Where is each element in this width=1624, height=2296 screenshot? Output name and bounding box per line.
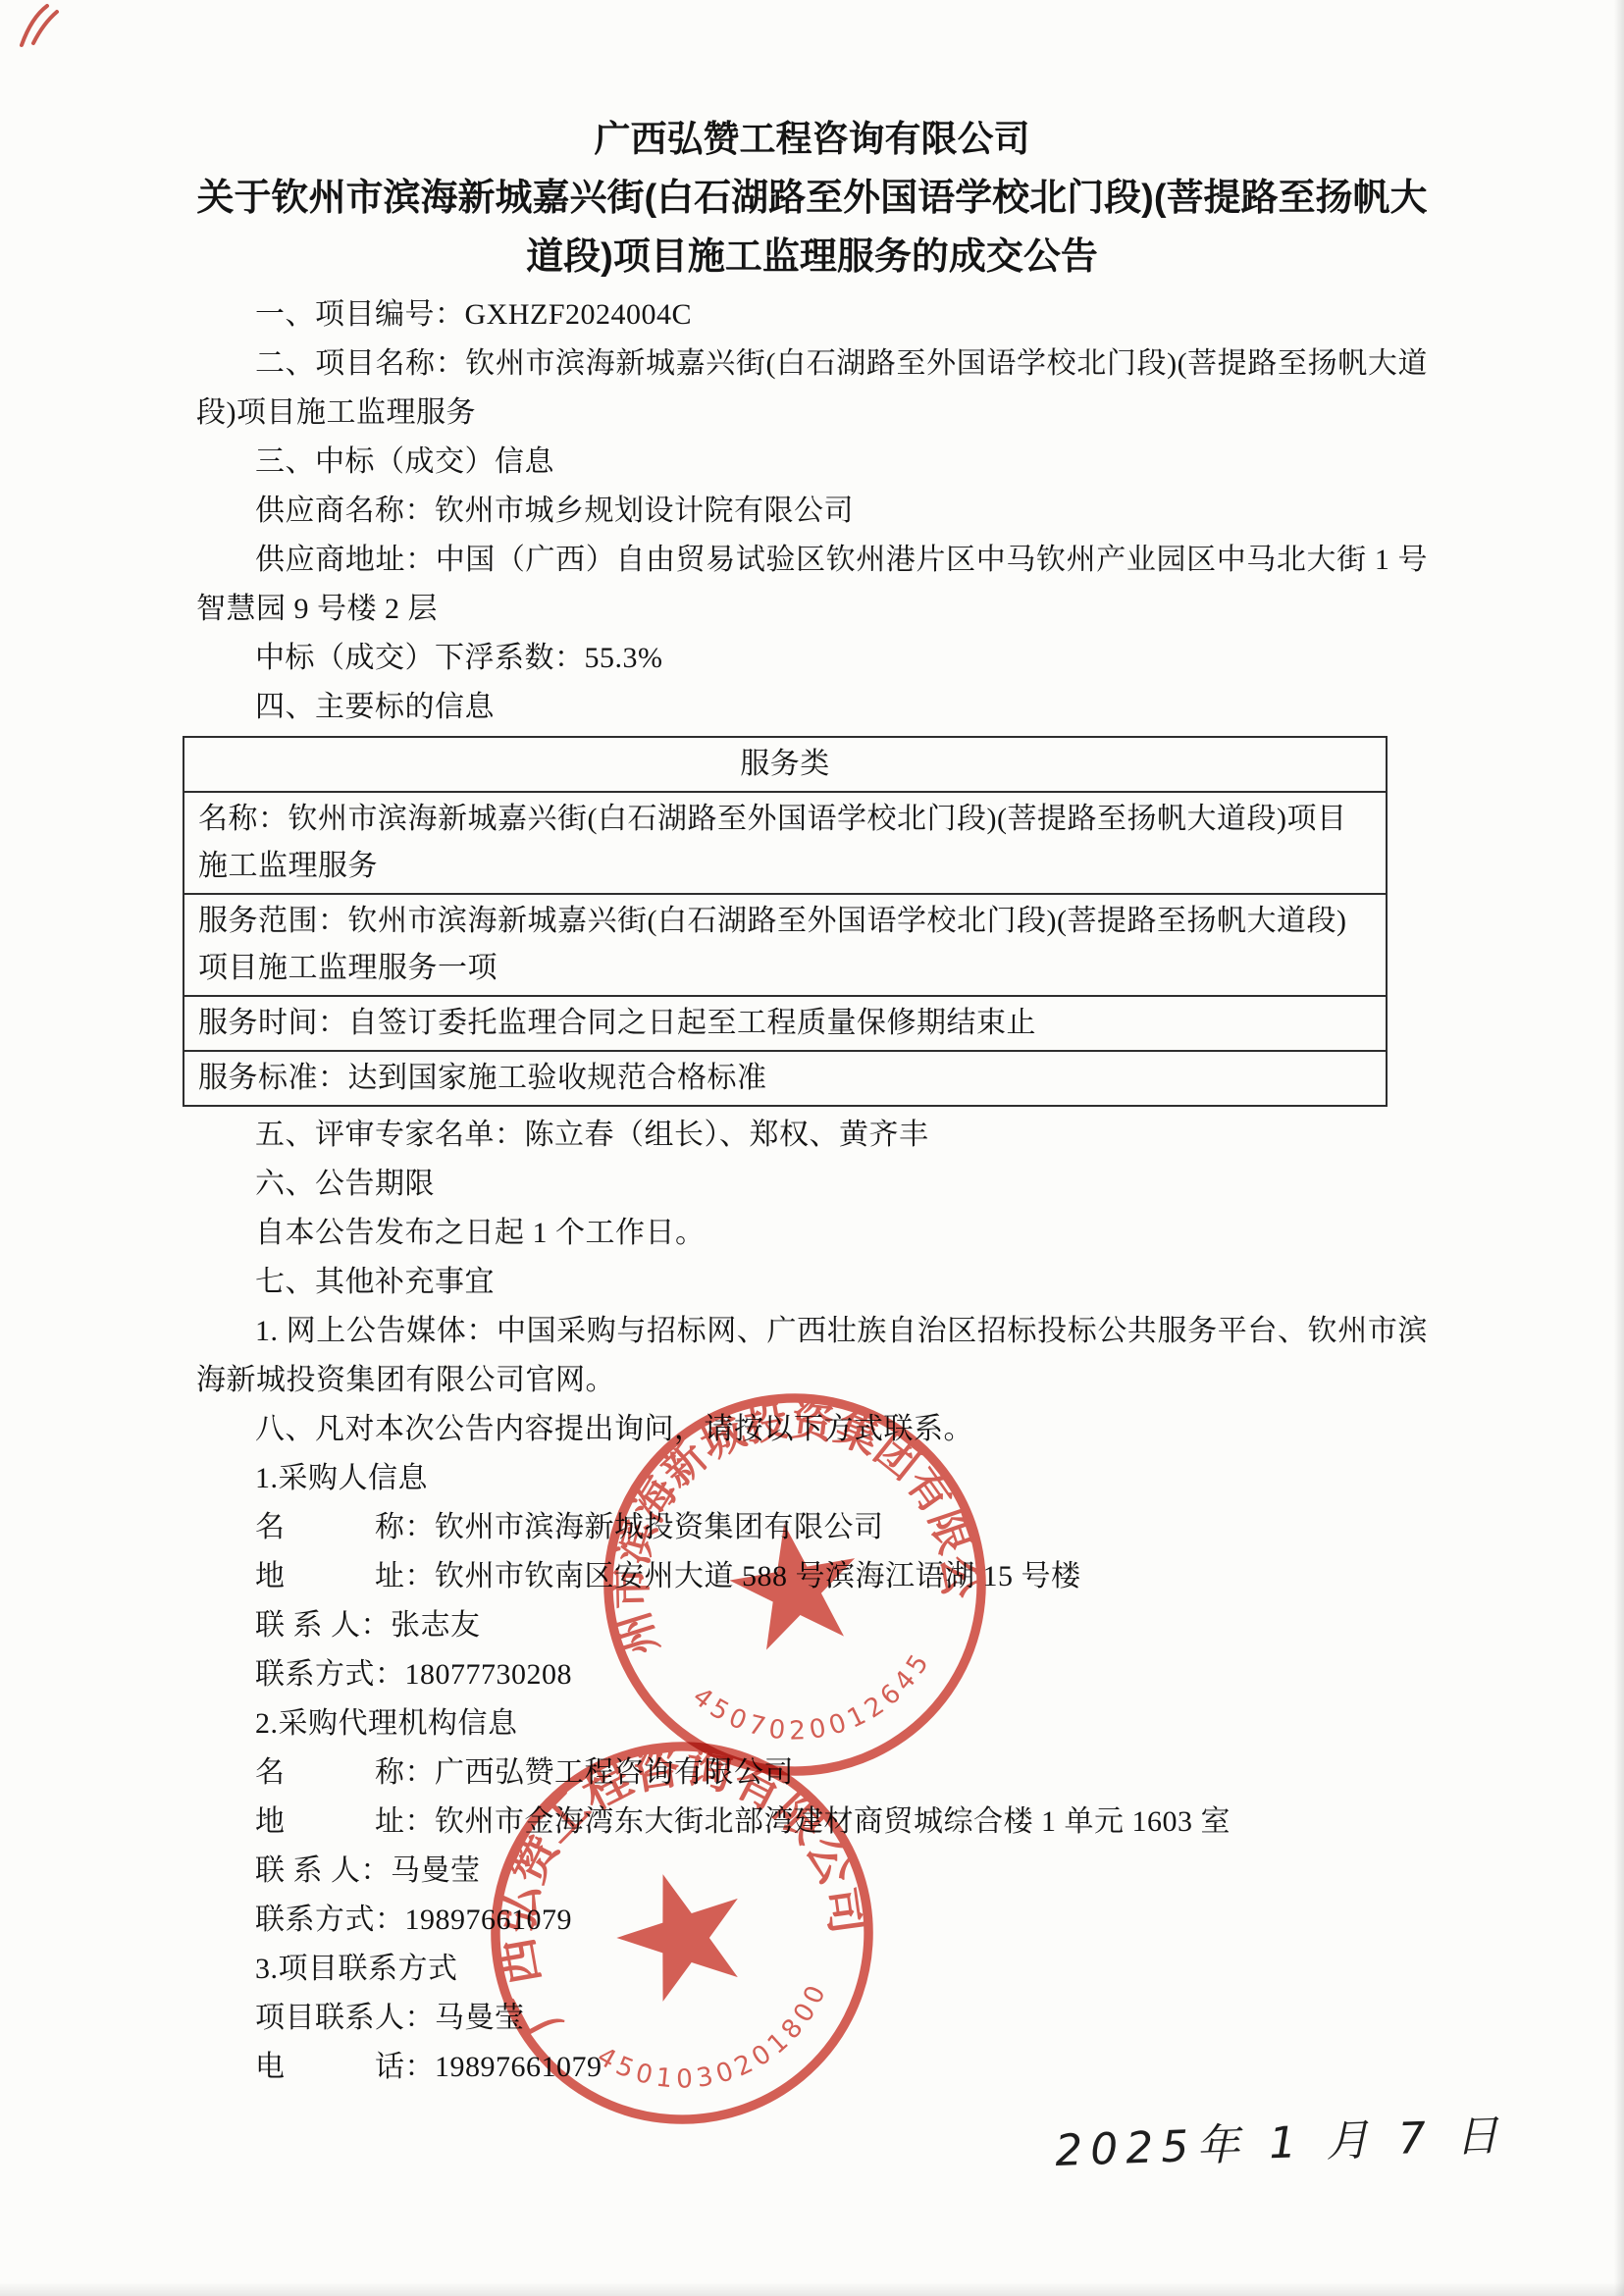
purchaser-phone: 联系方式：18077730208: [196, 1650, 1428, 1699]
purchaser-address: 地 址：钦州市钦南区安州大道 588 号滨海江语湖 15 号楼: [196, 1552, 1428, 1601]
agency-heading: 2.采购代理机构信息: [196, 1699, 1428, 1748]
table-row: 服务标准：达到国家施工验收规范合格标准: [183, 1051, 1387, 1106]
online-media-body: 1. 网上公告媒体：中国采购与招标网、广西壮族自治区招标投标公共服务平台、钦州市…: [196, 1307, 1428, 1405]
main-subject-heading: 四、主要标的信息: [196, 683, 1428, 732]
table-row: 服务时间：自签订委托监理合同之日起至工程质量保修期结束止: [183, 996, 1387, 1051]
project-name: 二、项目名称：钦州市滨海新城嘉兴街(白石湖路至外国语学校北门段)(菩提路至扬帆大…: [196, 339, 1428, 438]
project-number: 一、项目编号：GXHZF2024004C: [196, 290, 1428, 339]
project-phone: 电 话：19897661079: [196, 2043, 1428, 2092]
service-name-cell: 名称：钦州市滨海新城嘉兴街(白石湖路至外国语学校北门段)(菩提路至扬帆大道段)项…: [183, 792, 1387, 894]
discount-coefficient: 中标（成交）下浮系数：55.3%: [196, 634, 1428, 683]
table-header-service-class: 服务类: [183, 737, 1387, 792]
scan-artifact: [14, 0, 82, 49]
table-row: 服务范围：钦州市滨海新城嘉兴街(白石湖路至外国语学校北门段)(菩提路至扬帆大道段…: [183, 894, 1387, 996]
purchaser-contact-person: 联 系 人：张志友: [196, 1601, 1428, 1650]
experts-list: 五、评审专家名单：陈立春（组长）、郑权、黄齐丰: [196, 1111, 1428, 1160]
service-scope-cell: 服务范围：钦州市滨海新城嘉兴街(白石湖路至外国语学校北门段)(菩提路至扬帆大道段…: [183, 894, 1387, 996]
other-matters-heading: 七、其他补充事宜: [196, 1258, 1428, 1307]
handwritten-date: 2025年 1 月 7 日: [1054, 2100, 1507, 2178]
scan-edge-shadow: [1614, 0, 1624, 2296]
supplier-name: 供应商名称：钦州市城乡规划设计院有限公司: [196, 487, 1428, 536]
announcement-title: 关于钦州市滨海新城嘉兴街(白石湖路至外国语学校北门段)(菩提路至扬帆大道段)项目…: [196, 169, 1428, 287]
agency-name: 名 称：广西弘赞工程咨询有限公司: [196, 1748, 1428, 1798]
document-content: 广西弘赞工程咨询有限公司 关于钦州市滨海新城嘉兴街(白石湖路至外国语学校北门段)…: [196, 110, 1428, 2092]
service-time-cell: 服务时间：自签订委托监理合同之日起至工程质量保修期结束止: [183, 996, 1387, 1051]
service-standard-cell: 服务标准：达到国家施工验收规范合格标准: [183, 1051, 1387, 1106]
agency-contact-person: 联 系 人：马曼莹: [196, 1847, 1428, 1896]
purchaser-name: 名 称：钦州市滨海新城投资集团有限公司: [196, 1503, 1428, 1552]
purchaser-heading: 1.采购人信息: [196, 1454, 1428, 1503]
table-row: 名称：钦州市滨海新城嘉兴街(白石湖路至外国语学校北门段)(菩提路至扬帆大道段)项…: [183, 792, 1387, 894]
agency-phone: 联系方式：19897661079: [196, 1896, 1428, 1945]
agency-address: 地 址：钦州市金海湾东大街北部湾建材商贸城综合楼 1 单元 1603 室: [196, 1798, 1428, 1847]
project-contact-person: 项目联系人：马曼莹: [196, 1994, 1428, 2043]
bid-info-table: 服务类 名称：钦州市滨海新城嘉兴街(白石湖路至外国语学校北门段)(菩提路至扬帆大…: [183, 736, 1388, 1107]
announcement-period-body: 自本公告发布之日起 1 个工作日。: [196, 1209, 1428, 1258]
supplier-address: 供应商地址：中国（广西）自由贸易试验区钦州港片区中马钦州产业园区中马北大街 1 …: [196, 536, 1428, 634]
project-contact-heading: 3.项目联系方式: [196, 1945, 1428, 1994]
scan-edge-shadow: [0, 2282, 1624, 2296]
award-info-heading: 三、中标（成交）信息: [196, 438, 1428, 487]
company-title: 广西弘赞工程咨询有限公司: [196, 110, 1428, 169]
document-page: 广西弘赞工程咨询有限公司 关于钦州市滨海新城嘉兴街(白石湖路至外国语学校北门段)…: [0, 0, 1624, 2296]
announcement-period-heading: 六、公告期限: [196, 1160, 1428, 1209]
inquiry-heading: 八、凡对本次公告内容提出询问，请按以下方式联系。: [196, 1405, 1428, 1454]
table-header-row: 服务类: [183, 737, 1387, 792]
